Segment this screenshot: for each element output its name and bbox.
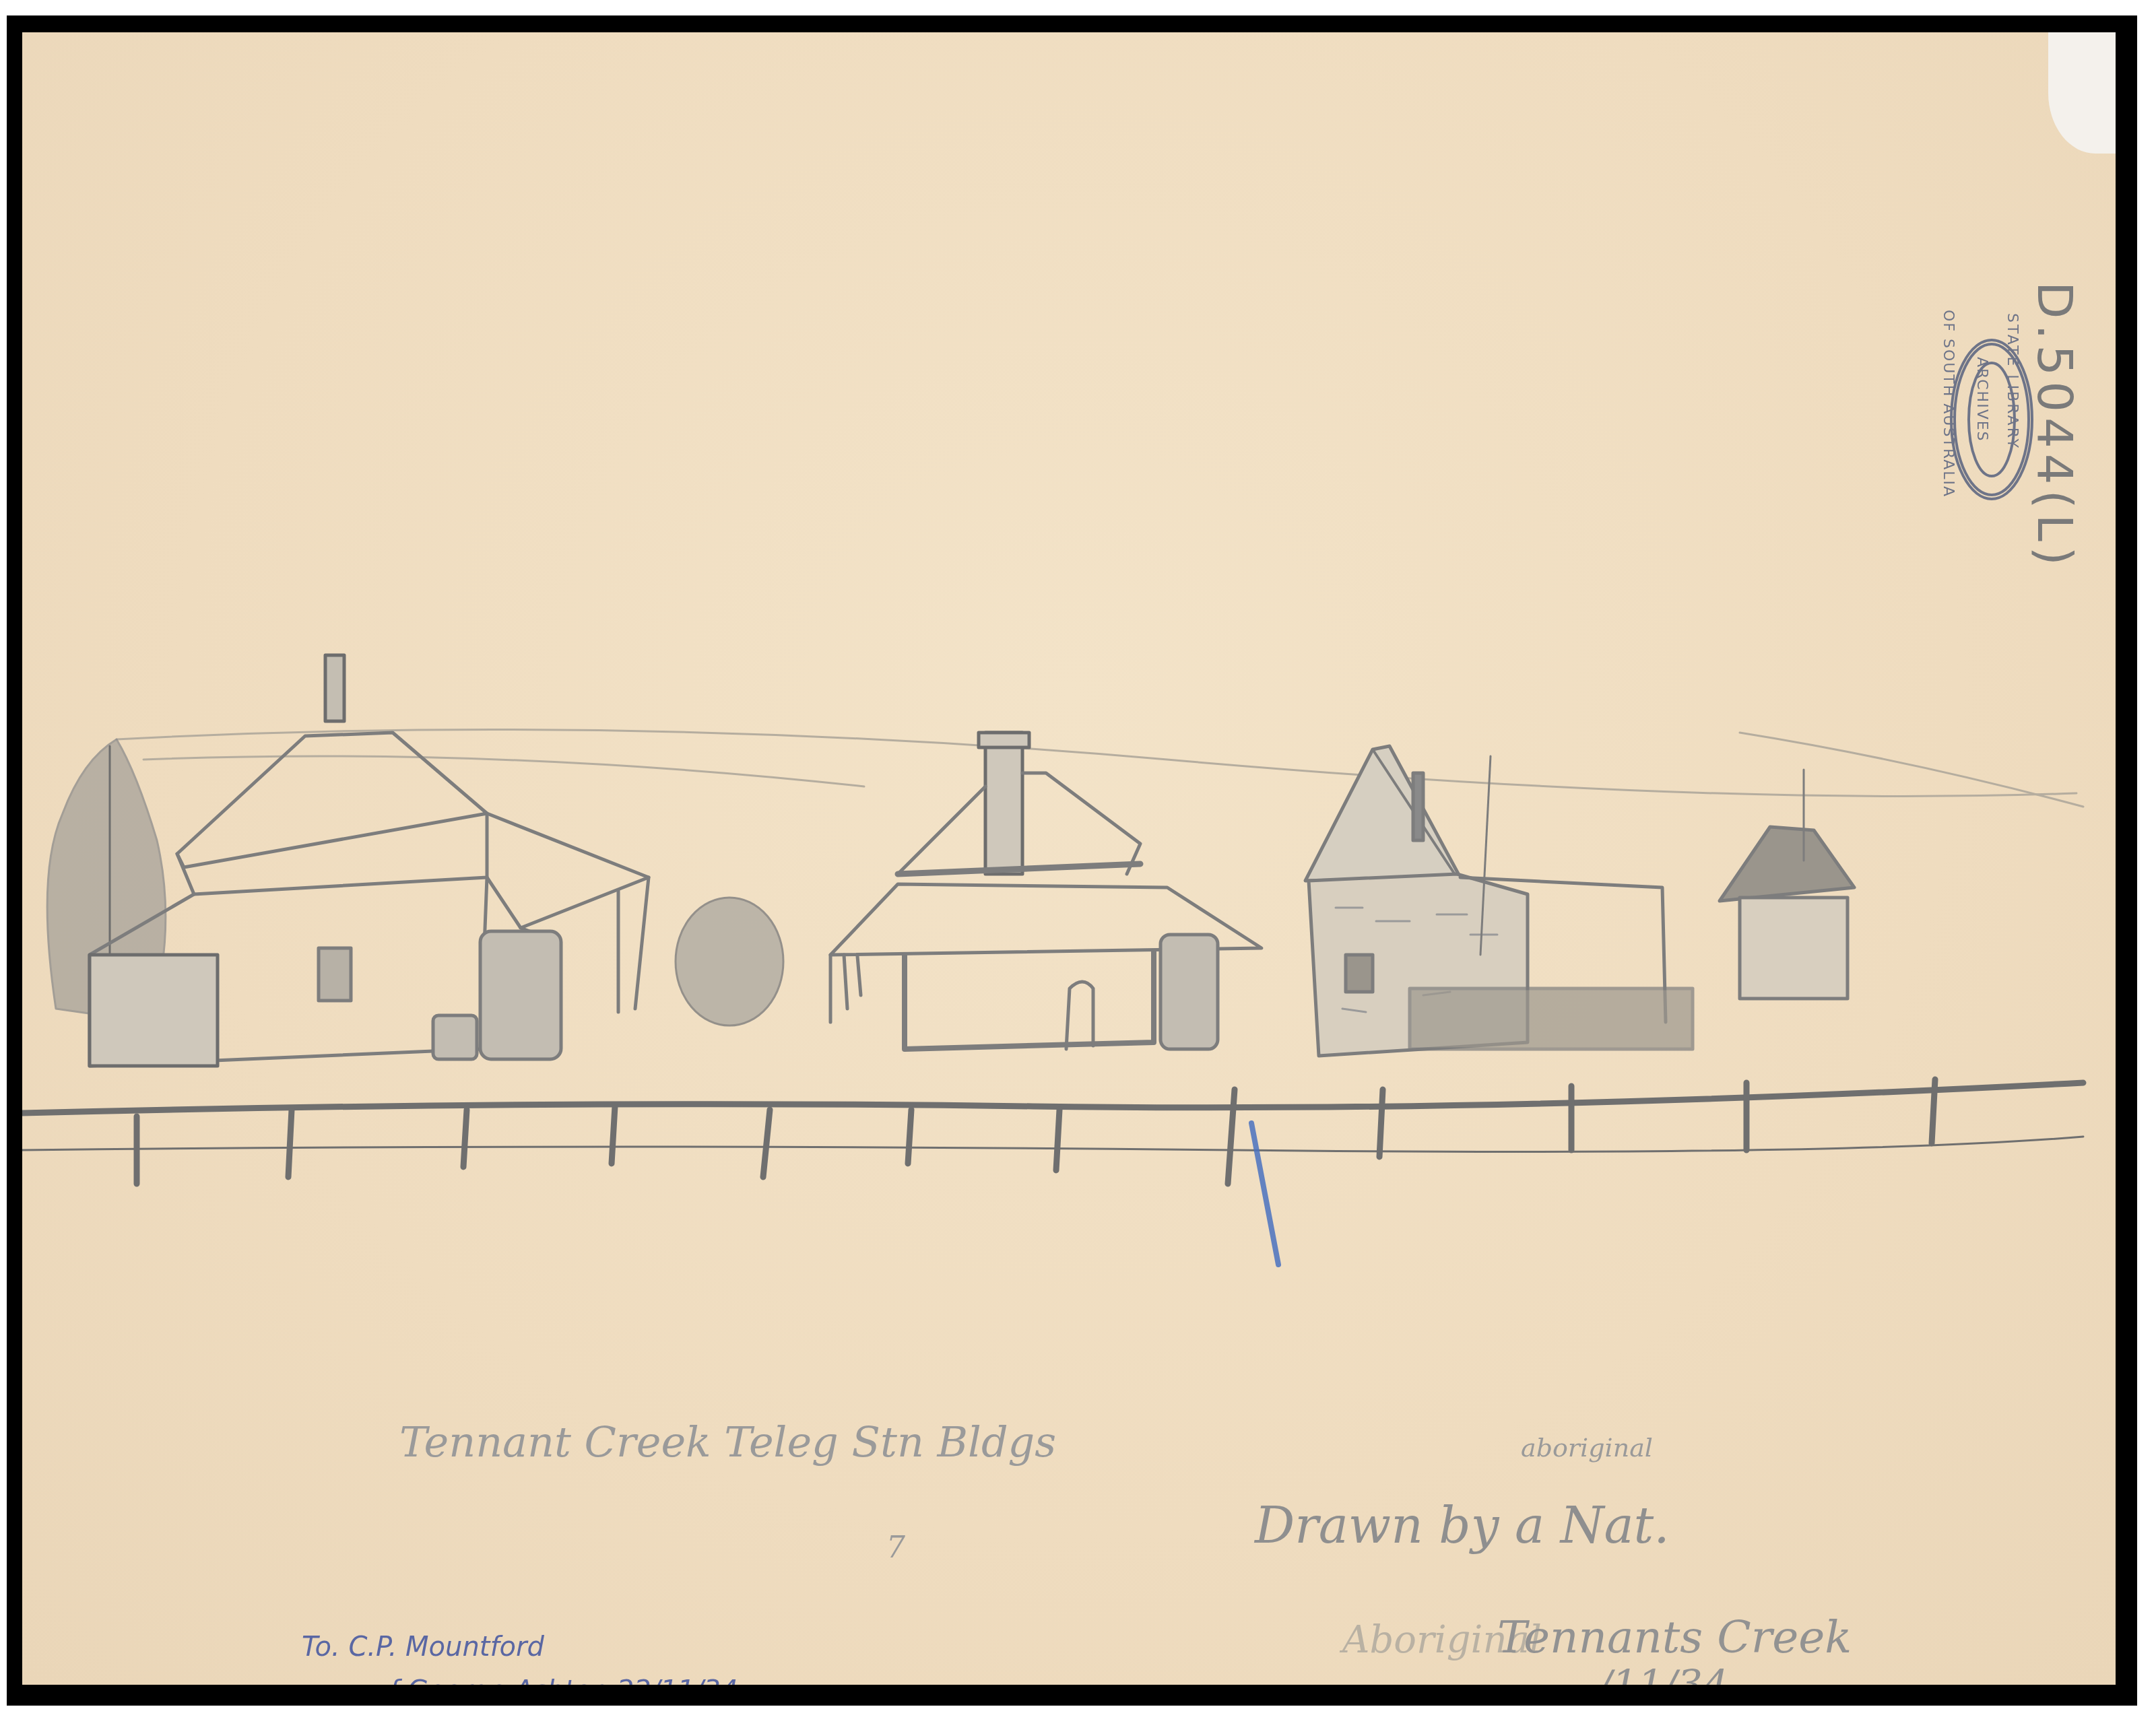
location-date: –/11/34. [1578, 1662, 1741, 1685]
pencil-sketch [22, 32, 2116, 1685]
stone-building [1305, 746, 1693, 1056]
ink-sender: f George Ashton 22/11/34. [389, 1675, 746, 1685]
small-hut [1720, 770, 1854, 999]
stamp-outer-text: STATE LIBRARY [2004, 313, 2021, 450]
drawn-by-caption: Drawn by a Nat. [1255, 1497, 1670, 1555]
blue-ink-stroke [1251, 1123, 1278, 1265]
shrub [676, 898, 783, 1026]
stamp-inner-text: ARCHIVES [1973, 357, 1990, 442]
drawn-by-insert: aboriginal [1521, 1433, 1653, 1463]
stamp-text-group: STATE LIBRARY ARCHIVES OF SOUTH AUSTRALI… [1916, 283, 2041, 512]
catalog-number: D.5044(L) [2027, 281, 2083, 571]
paper-sheet: STATE LIBRARY ARCHIVES OF SOUTH AUSTRALI… [22, 32, 2116, 1685]
house-middle [830, 733, 1262, 1049]
house-left [90, 655, 649, 1066]
post-and-rail-fence [22, 1079, 2083, 1184]
location-caption: Tennants Creek [1497, 1611, 1852, 1663]
ink-recipient: To. C.P. Mountford [302, 1632, 544, 1663]
catalog-number-block: D.5044(L) [2036, 281, 2090, 578]
small-mark: 7 [886, 1531, 905, 1565]
stamp-outer-text-bottom: OF SOUTH AUSTRALIA [1940, 310, 1957, 498]
caption-left: Tennant Creek Teleg Stn Bldgs [399, 1417, 1056, 1467]
